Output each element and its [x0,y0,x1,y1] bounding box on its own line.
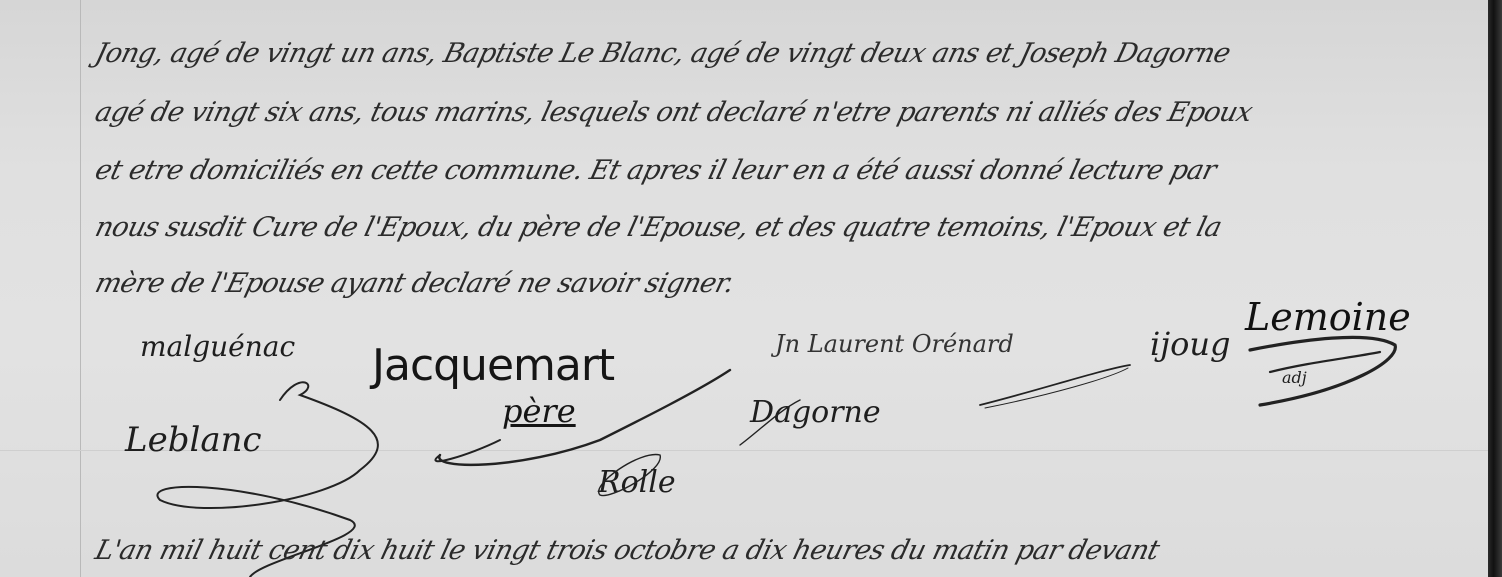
signature-ijoug: ijoug [1150,325,1231,363]
signature-dagorne: Dagorne [750,395,881,430]
body-line-3: et etre domiciliés en cette commune. Et … [92,155,1219,186]
signature-lemoine: Lemoine [1245,295,1411,339]
signature-jacquemart: Jacquemart [372,340,614,391]
page-binding-edge [1488,0,1502,577]
signature-pere: père [502,392,576,430]
signature-laurent-orenard: Jn Laurent Orénard [775,330,1014,358]
left-margin-rule [80,0,81,577]
signature-rolle: Rolle [598,465,676,500]
body-line-4: nous susdit Cure de l'Epoux, du père de … [92,212,1225,243]
body-line-1: Jong, agé de vingt un ans, Baptiste Le B… [92,38,1233,69]
next-entry-partial-line: L'an mil huit cent dix huit le vingt tro… [92,535,1162,566]
body-line-5: mère de l'Epouse ayant declaré ne savoir… [92,268,737,299]
signature-leblanc: Leblanc [125,420,262,460]
signature-adjoint-mark: adj [1282,368,1307,387]
body-line-2: agé de vingt six ans, tous marins, lesqu… [92,97,1255,128]
document-page: Jong, agé de vingt un ans, Baptiste Le B… [0,0,1502,577]
signature-malguenac: malguénac [140,330,295,363]
